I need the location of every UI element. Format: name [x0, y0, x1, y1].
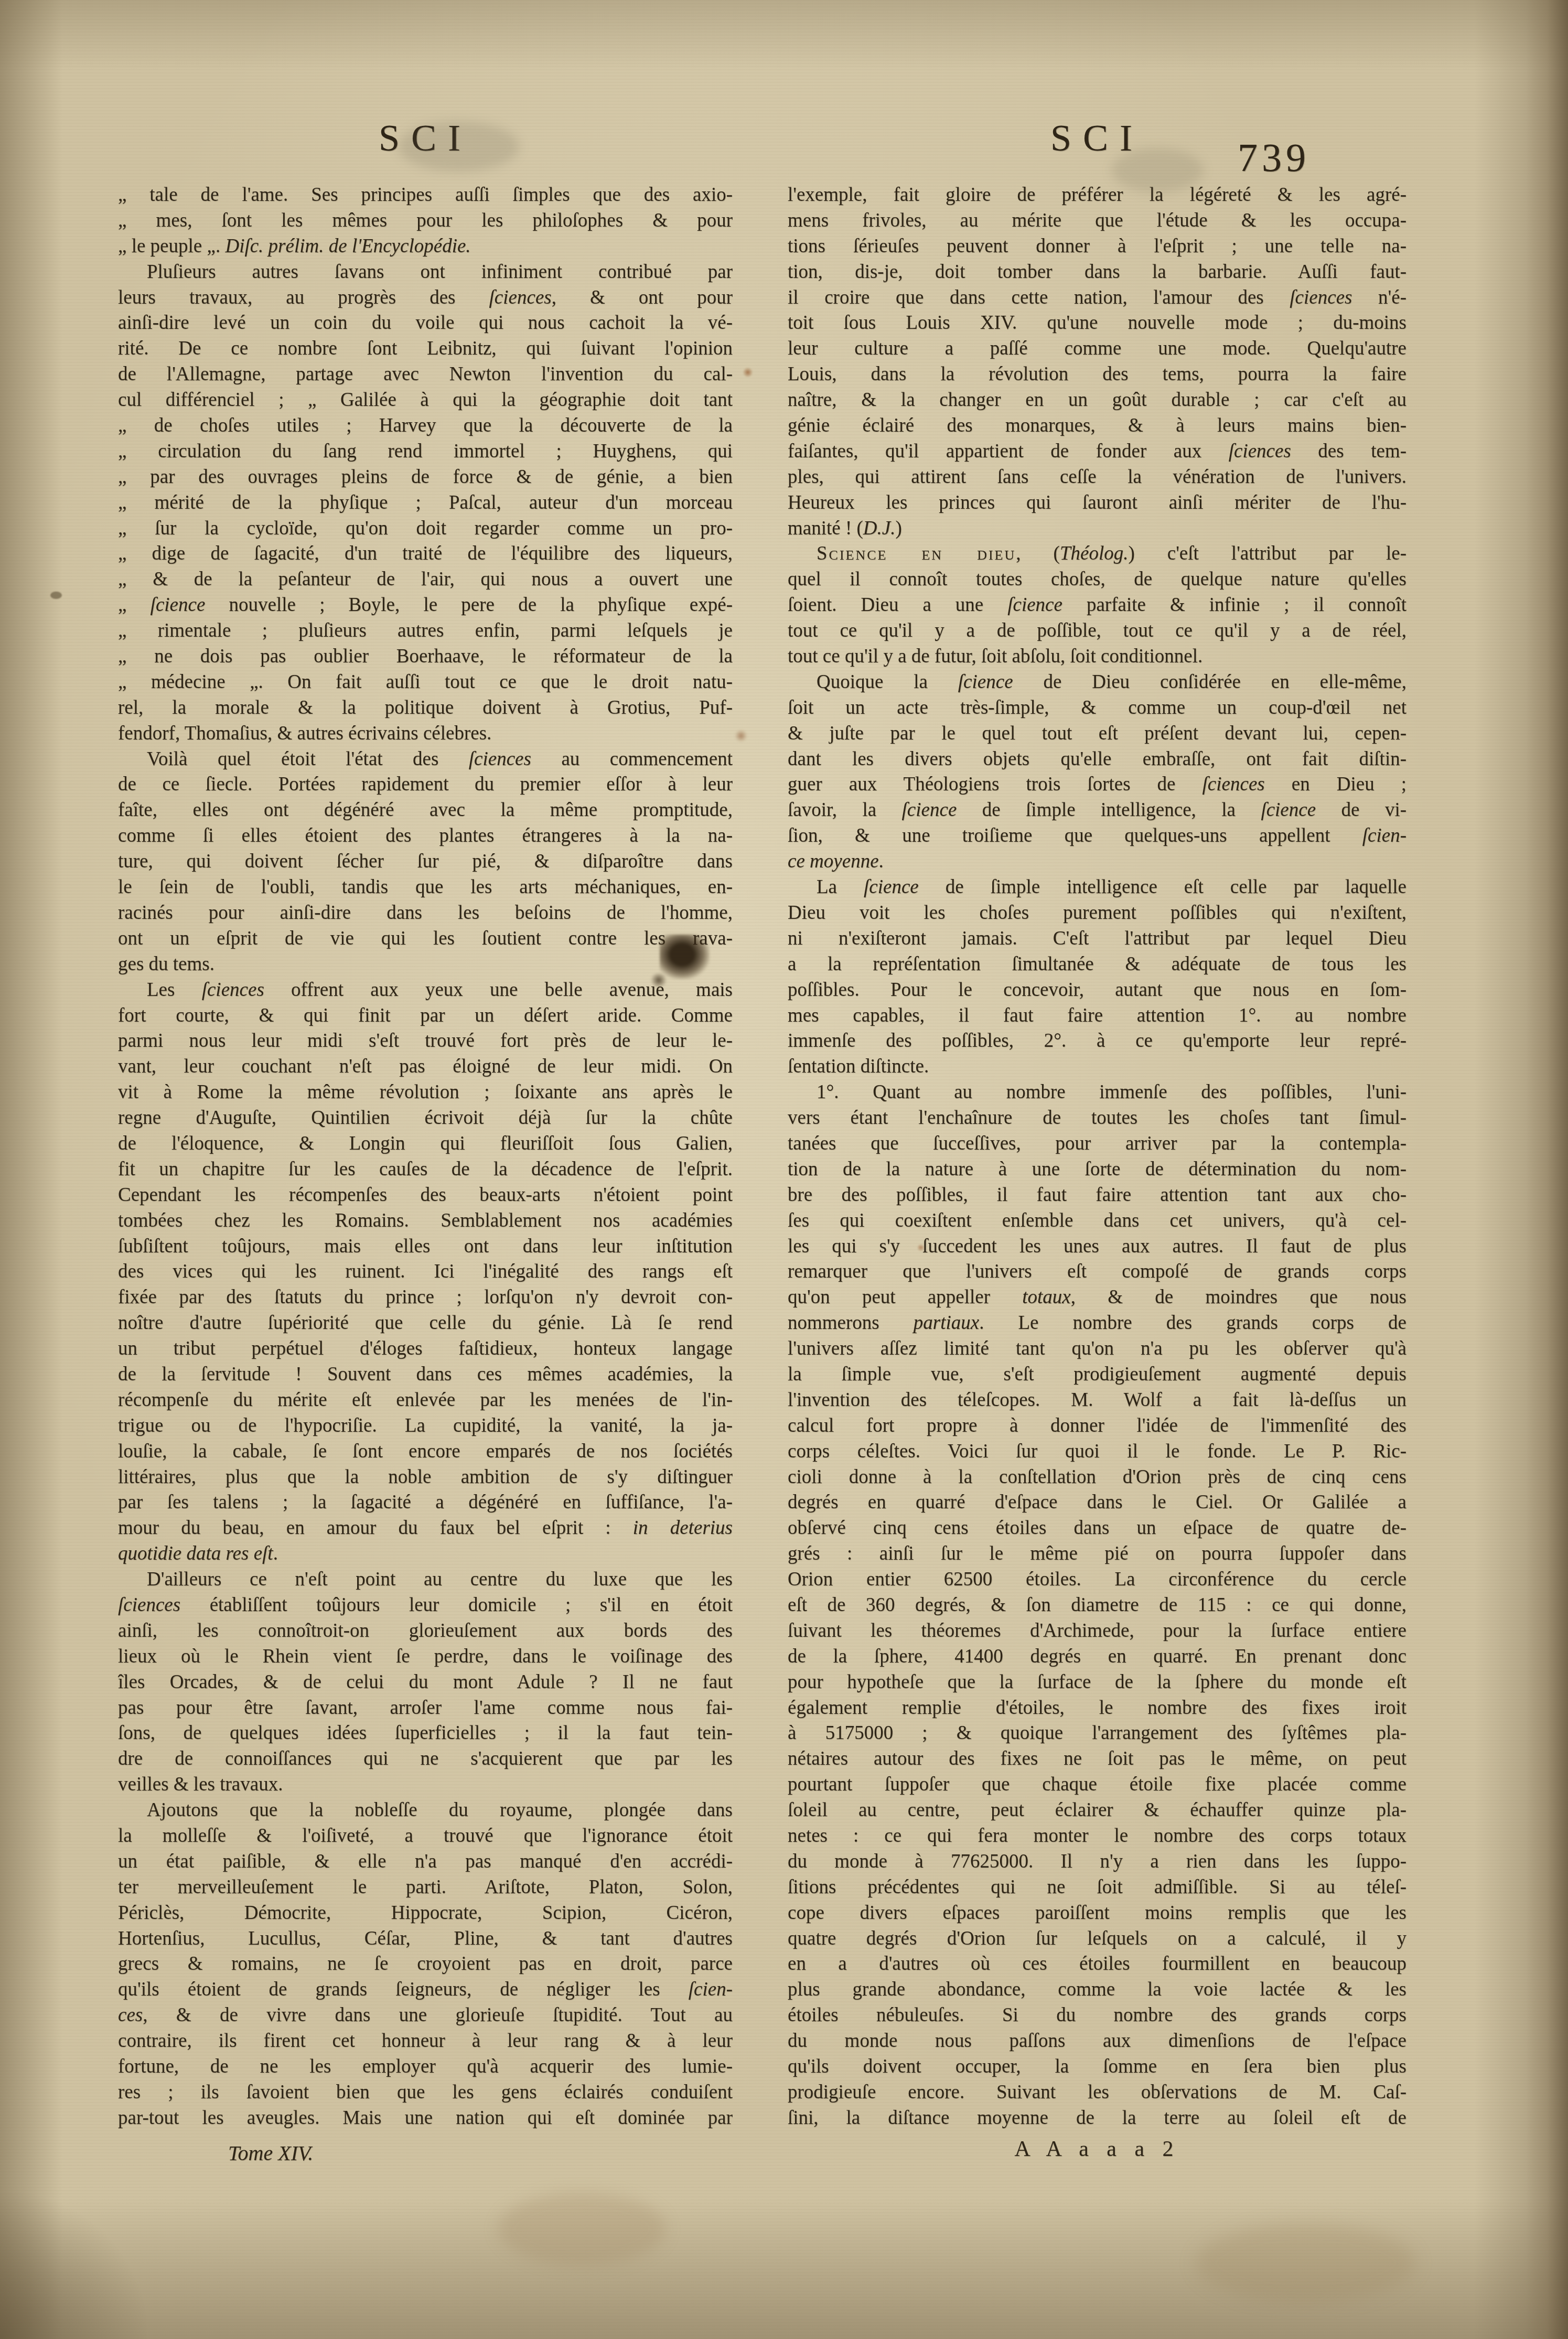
- text-line: quel il connoît toutes choſes, de quelqu…: [788, 567, 1406, 593]
- text-line: 1°. Quant au nombre immenſe des poſſible…: [788, 1080, 1406, 1106]
- text-line: îles Orcades, & de celui du mont Adule ?…: [118, 1670, 733, 1696]
- text-line: l'invention des téleſcopes. M. Wolf a fa…: [788, 1388, 1406, 1413]
- text-line: remarquer que l'univers eſt compoſé de g…: [788, 1259, 1406, 1285]
- text-line: cioli donne à la conſtellation d'Orion p…: [788, 1465, 1406, 1490]
- text-line: ſuivant les théoremes d'Archimede, pour …: [788, 1618, 1406, 1644]
- text-line: pour hypotheſe que la ſurface de la ſphe…: [788, 1670, 1406, 1696]
- paper-stain: [498, 2192, 666, 2266]
- text-line: guer aux Théologiens trois ſortes de ſci…: [788, 772, 1406, 798]
- text-line: „ dige de ſagacité, d'un traité de l'équ…: [118, 541, 733, 567]
- text-line: „ tale de l'ame. Ses principes auſſi ſim…: [118, 183, 733, 208]
- text-line: pourtant ſuppoſer que chaque étoile fixe…: [788, 1772, 1406, 1798]
- text-line: ter merveilleuſement le parti. Ariſtote,…: [118, 1875, 733, 1901]
- text-line: fortune, de ne les employer qu'à acqueri…: [118, 2054, 733, 2080]
- text-line: littéraires, plus que la noble ambition …: [118, 1465, 733, 1490]
- text-line: ſitions précédentes qui ne ſoit admiſſib…: [788, 1875, 1406, 1901]
- text-line: racinés pour ainſi-dire dans les beſoins…: [118, 900, 733, 926]
- text-line: de la ſphere, 41400 degrés en quarré. En…: [788, 1644, 1406, 1670]
- text-line: ces, & de vivre dans une glorieuſe ſtupi…: [118, 2003, 733, 2029]
- text-line: a la repréſentation ſimultanée & adéquat…: [788, 952, 1406, 978]
- text-line: un état paiſible, & elle n'a pas manqué …: [118, 1849, 733, 1875]
- text-line: prodigieuſe encore. Suivant les obſervat…: [788, 2080, 1406, 2106]
- text-line: „ médecine „. On fait auſſi tout ce que …: [118, 670, 733, 695]
- page-number: 739: [1238, 135, 1310, 181]
- text-line: ſion, & une troiſieme que quelques-uns a…: [788, 823, 1406, 849]
- text-line: ſentation diſtincte.: [788, 1054, 1406, 1080]
- text-line: fit un chapitre ſur les cauſes de la déc…: [118, 1157, 733, 1183]
- text-line: cope divers eſpaces paroiſſent moins rem…: [788, 1901, 1406, 1926]
- text-line: leur culture a paſſé comme une mode. Que…: [788, 336, 1406, 362]
- text-line: vit à Rome la même révolution ; ſoixante…: [118, 1080, 733, 1106]
- text-line: les qui s'y ſuccedent les unes aux autre…: [788, 1234, 1406, 1260]
- paragraph: Les ſciences offrent aux yeux une belle …: [118, 978, 733, 1567]
- text-line: en a d'autres où ces étoiles fourmillent…: [788, 1951, 1406, 1977]
- paragraph: La ſcience de ſimple intelligence eſt ce…: [788, 875, 1406, 1080]
- text-line: génie éclairé des monarques, & à leurs m…: [788, 413, 1406, 439]
- text-line: nétaires autour des fixes ne ſoit pas le…: [788, 1746, 1406, 1772]
- text-line: contraire, ils firent cet honneur à leur…: [118, 2029, 733, 2054]
- text-line: ſoleil au centre, peut éclairer & échauf…: [788, 1798, 1406, 1823]
- text-line: „ & de la peſanteur de l'air, qui nous a…: [118, 567, 733, 593]
- running-title-left: SCI: [118, 116, 733, 160]
- text-line: ples, qui attirent ſans ceſſe la vénérat…: [788, 465, 1406, 490]
- text-line: à 5175000 ; & quoique l'arrangement des …: [788, 1721, 1406, 1746]
- text-line: quotidie data res eſt.: [118, 1541, 733, 1567]
- text-line: Heureux les princes qui ſauront ainſi mé…: [788, 490, 1406, 516]
- text-line: manité ! (D.J.): [788, 516, 1406, 542]
- text-line: tout ce qu'il y a de futur, ſoit abſolu,…: [788, 644, 1406, 670]
- text-line: vers étant l'enchaînure de toutes les ch…: [788, 1106, 1406, 1131]
- text-line: nommerons partiaux. Le nombre des grands…: [788, 1311, 1406, 1336]
- text-line: ges du tems.: [118, 952, 733, 978]
- text-line: qu'ils doivent occuper, la ſomme en ſera…: [788, 2054, 1406, 2080]
- text-line: tout ce qu'il y a de poſſible, tout ce q…: [788, 618, 1406, 644]
- text-line: „ par des ouvrages pleins de force & de …: [118, 465, 733, 490]
- text-line: vant, leur couchant n'eſt pas éloigné de…: [118, 1054, 733, 1080]
- tome-catchword: Tome XIV.: [228, 2141, 313, 2165]
- text-line: Dieu voit les choſes purement poſſibles …: [788, 900, 1406, 926]
- text-line: ſoit un acte très-ſimple, & comme un cou…: [788, 695, 1406, 721]
- text-line: la molleſſe & l'oiſiveté, a trouvé que l…: [118, 1823, 733, 1849]
- text-line: qu'ils étoient de grands ſeigneurs, de n…: [118, 1977, 733, 2003]
- text-line: trigue ou de l'hypocriſie. La cupidité, …: [118, 1413, 733, 1439]
- text-line: „ circulation du ſang rend immortel ; Hu…: [118, 439, 733, 465]
- paragraph: Quoique la ſcience de Dieu conſidérée en…: [788, 670, 1406, 875]
- text-line: Les ſciences offrent aux yeux une belle …: [118, 978, 733, 1003]
- text-line: fendorf, Thomaſius, & autres écrivains c…: [118, 721, 733, 747]
- text-line: Pluſieurs autres ſavans ont infiniment c…: [118, 260, 733, 285]
- text-line: un tribut perpétuel d'éloges faſtidieux,…: [118, 1336, 733, 1362]
- text-line: Louis, dans la révolution des tems, pour…: [788, 362, 1406, 388]
- text-line: pas pour être ſavant, arroſer l'ame comm…: [118, 1696, 733, 1721]
- text-line: regne d'Auguſte, Quintilien écrivoit déj…: [118, 1106, 733, 1131]
- paragraph: D'ailleurs ce n'eſt point au centre du l…: [118, 1567, 733, 1798]
- paragraph: l'exemple, fait gloire de préférer la lé…: [788, 183, 1406, 541]
- text-line: l'exemple, fait gloire de préférer la lé…: [788, 183, 1406, 208]
- text-line: ont un eſprit de vie qui les ſoutient co…: [118, 926, 733, 952]
- text-line: D'ailleurs ce n'eſt point au centre du l…: [118, 1567, 733, 1593]
- text-line: corps céleſtes. Voici ſur quoi il le fon…: [788, 1439, 1406, 1465]
- text-line: louſie, la cabale, ſe ſont encore emparé…: [118, 1439, 733, 1465]
- text-line: Quoique la ſcience de Dieu conſidérée en…: [788, 670, 1406, 695]
- text-line: leurs travaux, au progrès des ſciences, …: [118, 285, 733, 311]
- text-line: immenſe des poſſibles, 2°. à ce qu'empor…: [788, 1028, 1406, 1054]
- text-line: du monde nous paſſons aux dimenſions de …: [788, 2029, 1406, 2054]
- page-edge-shadow: [1526, 0, 1568, 2339]
- text-line: mour du beau, en amour du faux bel eſpri…: [118, 1516, 733, 1541]
- foxing-spot: [734, 730, 748, 742]
- text-line: rité. De ce nombre ſont Leibnitz, qui ſu…: [118, 336, 733, 362]
- text-line: „ rimentale ; pluſieurs autres enfin, pa…: [118, 618, 733, 644]
- signature-mark: A A a a a 2: [788, 2137, 1406, 2162]
- text-line: „ ſur la cycloïde, qu'on doit regarder c…: [118, 516, 733, 542]
- text-line: également remplie d'étoiles, le nombre d…: [788, 1696, 1406, 1721]
- text-line: mens frivoles, au mérite que l'étude & l…: [788, 208, 1406, 234]
- text-line: ſubſiſtent toûjours, mais elles ont dans…: [118, 1234, 733, 1260]
- text-line: Cependant les récompenſes des beaux-arts…: [118, 1183, 733, 1208]
- text-line: tombées chez les Romains. Semblablement …: [118, 1208, 733, 1234]
- paragraph: Science en dieu, (Théolog.) c'eſt l'attr…: [788, 541, 1406, 669]
- text-line: & juſte par le quel tout eſt préſent dev…: [788, 721, 1406, 747]
- text-line: de la ſervitude ! Souvent dans ces mêmes…: [118, 1362, 733, 1388]
- text-line: „ mérité de la phyſique ; Paſcal, auteur…: [118, 490, 733, 516]
- text-line: étoiles nébuleuſes. Si du nombre des gra…: [788, 2003, 1406, 2029]
- text-line: ce moyenne.: [788, 849, 1406, 875]
- text-line: par-tout les aveugles. Mais une nation q…: [118, 2106, 733, 2131]
- paragraph: „ tale de l'ame. Ses principes auſſi ſim…: [118, 183, 733, 260]
- text-line: ainſi-dire levé un coin du voile qui nou…: [118, 310, 733, 336]
- text-line: ſes qui coexiſtent enſemble dans cet uni…: [788, 1208, 1406, 1234]
- text-line: qu'on peut appeller totaux, & de moindre…: [788, 1285, 1406, 1311]
- text-line: Science en dieu, (Théolog.) c'eſt l'attr…: [788, 541, 1406, 567]
- paragraph: Ajoutons que la nobleſſe du royaume, plo…: [118, 1798, 733, 2131]
- text-line: calcul fort propre à donner l'idée de l'…: [788, 1413, 1406, 1439]
- text-line: lieux où le Rhein vient ſe perdre, dans …: [118, 1644, 733, 1670]
- text-line: plus grande abondance, comme la voie lac…: [788, 1977, 1406, 2003]
- text-line: de l'éloquence, & Longin qui fleuriſſoit…: [118, 1131, 733, 1157]
- text-line: obſervé cinq cens étoiles dans un eſpace…: [788, 1516, 1406, 1541]
- text-line: l'univers aſſez limité tant qu'on n'a pu…: [788, 1336, 1406, 1362]
- text-line: Ajoutons que la nobleſſe du royaume, plo…: [118, 1798, 733, 1823]
- text-line: grecs & romains, ne ſe croyoient pas en …: [118, 1951, 733, 1977]
- text-line: dant les divers objets qu'elle embraſſe,…: [788, 747, 1406, 772]
- running-title-right: SCI: [788, 116, 1406, 160]
- text-column-left: „ tale de l'ame. Ses principes auſſi ſim…: [118, 183, 733, 2131]
- text-line: noître d'autre ſupériorité que celle du …: [118, 1311, 733, 1336]
- book-page: SCI SCI 739 „ tale de l'ame. Ses princip…: [0, 0, 1568, 2339]
- foxing-spot: [743, 367, 753, 378]
- text-line: degrés en quarré d'eſpace dans le Ciel. …: [788, 1490, 1406, 1516]
- margin-mark: [50, 592, 62, 599]
- text-line: „ mes, ſont les mêmes pour les philoſoph…: [118, 208, 733, 234]
- text-line: poſſibles. Pour le concevoir, autant que…: [788, 978, 1406, 1003]
- corner-shadow: [0, 2192, 147, 2339]
- text-line: veilles & les travaux.: [118, 1772, 733, 1798]
- text-line: ſavoir, la ſcience de ſimple intelligenc…: [788, 798, 1406, 823]
- text-line: tanées que ſucceſſives, pour arriver par…: [788, 1131, 1406, 1157]
- text-line: ni n'exiſteront jamais. C'eſt l'attribut…: [788, 926, 1406, 952]
- text-line: dre de connoiſſances qui ne s'acquierent…: [118, 1746, 733, 1772]
- text-line: quatre degrés d'Orion ſur leſquels on a …: [788, 1926, 1406, 1952]
- paragraph: Pluſieurs autres ſavans ont infiniment c…: [118, 260, 733, 747]
- text-line: bre des poſſibles, il faut faire attenti…: [788, 1183, 1406, 1208]
- text-line: Voilà quel étoit l'état des ſciences au …: [118, 747, 733, 772]
- text-column-right: l'exemple, fait gloire de préférer la lé…: [788, 183, 1406, 2131]
- text-line: Hortenſius, Lucullus, Céſar, Pline, & ta…: [118, 1926, 733, 1952]
- text-line: il croire que dans cette nation, l'amour…: [788, 285, 1406, 311]
- paper-stain: [1196, 2224, 1416, 2302]
- text-line: ſciences établiſſent toûjours leur domic…: [118, 1593, 733, 1618]
- text-line: de l'Allemagne, partage avec Newton l'in…: [118, 362, 733, 388]
- text-line: cul différenciel ; „ Galilée à qui la gé…: [118, 388, 733, 413]
- text-line: grés : ainſi ſur le même pié on pourra ſ…: [788, 1541, 1406, 1567]
- paragraph: Voilà quel étoit l'état des ſciences au …: [118, 747, 733, 978]
- text-line: tions ſérieuſes peuvent donner à l'eſpri…: [788, 234, 1406, 260]
- text-line: rel, la morale & la politique doivent à …: [118, 695, 733, 721]
- text-line: „ ſcience nouvelle ; Boyle, le pere de l…: [118, 593, 733, 618]
- text-line: comme ſi elles étoient des plantes étran…: [118, 823, 733, 849]
- text-line: fixée par des ſtatuts du prince ; lorſqu…: [118, 1285, 733, 1311]
- text-line: „ ne dois pas oublier Boerhaave, le réfo…: [118, 644, 733, 670]
- text-line: de ce ſiecle. Portées rapidement du prem…: [118, 772, 733, 798]
- text-line: netes : ce qui fera monter le nombre des…: [788, 1823, 1406, 1849]
- text-line: tion, dis-je, doit tomber dans la barbar…: [788, 260, 1406, 285]
- text-line: ſini, la diſtance moyenne de la terre au…: [788, 2106, 1406, 2131]
- text-line: „ de choſes utiles ; Harvey que la décou…: [118, 413, 733, 439]
- text-line: toit ſous Louis XIV. qu'une nouvelle mod…: [788, 310, 1406, 336]
- text-line: parmi nous leur midi s'eſt trouvé fort p…: [118, 1028, 733, 1054]
- text-line: mes capables, il faut faire attention 1°…: [788, 1003, 1406, 1029]
- text-line: fort courte, & qui finit par un déſert a…: [118, 1003, 733, 1029]
- text-line: eſt de 360 degrés, & ſon diametre de 115…: [788, 1593, 1406, 1618]
- text-line: récompenſe du mérite eſt enlevée par les…: [118, 1388, 733, 1413]
- text-line: le ſein de l'oubli, tandis que les arts …: [118, 875, 733, 900]
- text-line: Orion entier 62500 étoiles. La circonfér…: [788, 1567, 1406, 1593]
- text-line: Périclès, Démocrite, Hippocrate, Scipion…: [118, 1901, 733, 1926]
- text-line: ſoient. Dieu a une ſcience parfaite & in…: [788, 593, 1406, 618]
- text-line: faiſantes, qu'il appartient de fonder au…: [788, 439, 1406, 465]
- text-line: ſons, de quelques idées ſuperficielles ;…: [118, 1721, 733, 1746]
- text-line: „ le peuple „. Diſc. prélim. de l'Encycl…: [118, 234, 733, 260]
- text-line: res ; ils ſavoient bien que les gens écl…: [118, 2080, 733, 2106]
- text-line: du monde à 77625000. Il n'y a rien dans …: [788, 1849, 1406, 1875]
- text-line: ture, qui doivent ſécher ſur pié, & diſp…: [118, 849, 733, 875]
- text-line: la ſimple vue, s'eſt prodigieuſement aug…: [788, 1362, 1406, 1388]
- text-line: tion de la nature à une ſorte de détermi…: [788, 1157, 1406, 1183]
- paragraph: 1°. Quant au nombre immenſe des poſſible…: [788, 1080, 1406, 2131]
- text-line: La ſcience de ſimple intelligence eſt ce…: [788, 875, 1406, 900]
- text-line: par ſes talens ; la ſagacité a dégénéré …: [118, 1490, 733, 1516]
- text-line: faîte, elles ont dégénéré avec la même p…: [118, 798, 733, 823]
- text-line: ainſi, les connoîtroit-on glorieuſement …: [118, 1618, 733, 1644]
- text-line: naître, & la changer en un goût durable …: [788, 388, 1406, 413]
- text-line: des vices qui les ruinent. Ici l'inégali…: [118, 1259, 733, 1285]
